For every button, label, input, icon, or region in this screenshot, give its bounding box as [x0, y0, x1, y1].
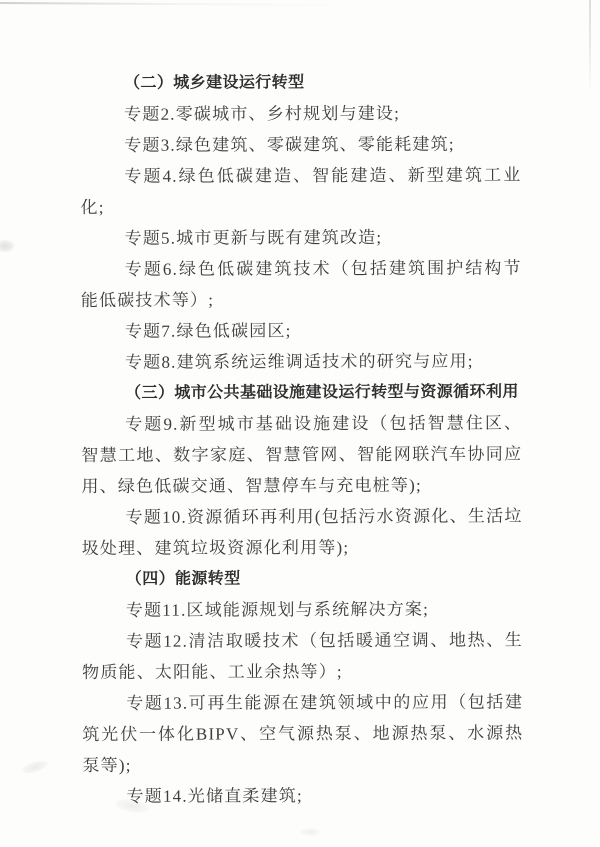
topic-item: 专题14.光储直柔建筑;: [82, 779, 523, 812]
topic-item: 专题12.清洁取暖技术（包括暖通空调、地热、生物质能、太阳能、工业余热等）;: [82, 624, 523, 688]
topic-item: 专题4.绿色低碳建造、智能建造、新型建筑工业化;: [80, 159, 521, 223]
document-body: （二）城乡建设运行转型专题2.零碳城市、乡村规划与建设;专题3.绿色建筑、零碳建…: [80, 66, 524, 812]
scan-artifact-bottom-smudge: [21, 758, 49, 776]
topic-item: 专题13.可再生能源在建筑领域中的应用（包括建筑光伏一体化BIPV、空气源热泵、…: [82, 686, 523, 781]
scan-artifact-left-smudge: [0, 240, 14, 252]
topic-item: 专题5.城市更新与既有建筑改造;: [81, 221, 522, 254]
topic-item: 专题8.建筑系统运维调适技术的研究与应用;: [81, 345, 522, 378]
topic-item: 专题9.新型城市基础设施建设（包括智慧住区、智慧工地、数字家庭、智慧管网、智能网…: [81, 407, 522, 502]
scanned-document-page: （二）城乡建设运行转型专题2.零碳城市、乡村规划与建设;专题3.绿色建筑、零碳建…: [0, 0, 600, 847]
topic-item: 专题6.绿色低碳建筑技术（包括建筑围护结构节能低碳技术等）;: [81, 252, 522, 316]
topic-item: 专题3.绿色建筑、零碳建筑、零能耗建筑;: [80, 128, 521, 161]
topic-item: 专题11.区域能源规划与系统解决方案;: [82, 593, 523, 626]
topic-item: 专题10.资源循环再利用(包括污水资源化、生活垃圾处理、建筑垃圾资源化利用等);: [82, 500, 523, 564]
scan-artifact-bottom-smudge: [300, 828, 320, 836]
section-heading: （二）城乡建设运行转型: [80, 66, 521, 99]
topic-item: 专题2.零碳城市、乡村规划与建设;: [80, 97, 521, 130]
scan-artifact-top-edge: [0, 2, 360, 6]
section-heading: （三）城市公共基础设施建设运行转型与资源循环利用: [81, 376, 522, 409]
scan-artifact-right-edge: [589, 0, 591, 95]
topic-item: 专题7.绿色低碳园区;: [81, 314, 522, 347]
section-heading: （四）能源转型: [82, 562, 523, 595]
